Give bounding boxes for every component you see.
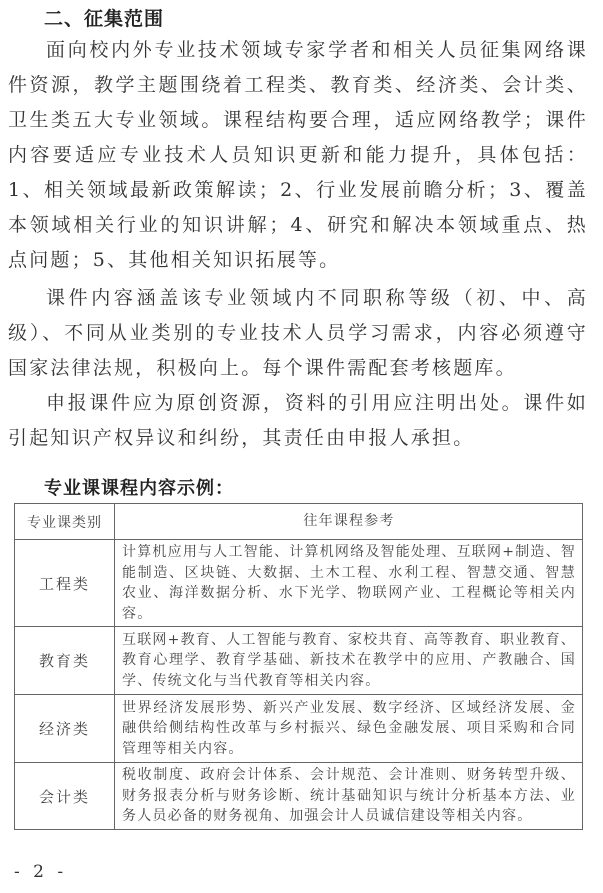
row-category: 会计类 — [15, 763, 115, 830]
row-category: 经济类 — [15, 695, 115, 763]
table-title: 专业课课程内容示例： — [44, 474, 234, 500]
row-category: 教育类 — [15, 627, 115, 695]
paragraph-scope: 面向校内外专业技术领域专家学者和相关人员征集网络课件资源，教学主题围绕着工程类、… — [8, 33, 588, 278]
table-header-row: 专业课类别 往年课程参考 — [15, 504, 583, 540]
paragraph-originality: 申报课件应为原创资源，资料的引用应注明出处。课件如引起知识产权异议和纠纷，其责任… — [8, 386, 588, 456]
row-category: 工程类 — [15, 540, 115, 627]
page-number: - 2 - — [14, 862, 67, 882]
row-reference: 世界经济发展形势、新兴产业发展、数字经济、区域经济发展、金融供给侧结构性改革与乡… — [115, 695, 583, 763]
header-category: 专业课类别 — [15, 504, 115, 540]
row-reference: 互联网+教育、人工智能与教育、家校共育、高等教育、职业教育、教育心理学、教育学基… — [115, 627, 583, 695]
paragraph-content-coverage: 课件内容涵盖该专业领域内不同职称等级（初、中、高级）、不同从业类别的专业技术人员… — [8, 281, 588, 386]
section-heading: 二、征集范围 — [44, 4, 164, 31]
row-reference: 计算机应用与人工智能、计算机网络及智能处理、互联网+制造、智能制造、区块链、大数… — [115, 540, 583, 627]
course-examples-table: 专业课类别 往年课程参考 工程类 计算机应用与人工智能、计算机网络及智能处理、互… — [14, 503, 583, 830]
table-row: 会计类 税收制度、政府会计体系、会计规范、会计准则、财务转型升级、财务报表分析与… — [15, 763, 583, 830]
table-row: 工程类 计算机应用与人工智能、计算机网络及智能处理、互联网+制造、智能制造、区块… — [15, 540, 583, 627]
table-row: 经济类 世界经济发展形势、新兴产业发展、数字经济、区域经济发展、金融供给侧结构性… — [15, 695, 583, 763]
table-row: 教育类 互联网+教育、人工智能与教育、家校共育、高等教育、职业教育、教育心理学、… — [15, 627, 583, 695]
row-reference: 税收制度、政府会计体系、会计规范、会计准则、财务转型升级、财务报表分析与财务诊断… — [115, 763, 583, 830]
header-reference: 往年课程参考 — [115, 504, 583, 540]
